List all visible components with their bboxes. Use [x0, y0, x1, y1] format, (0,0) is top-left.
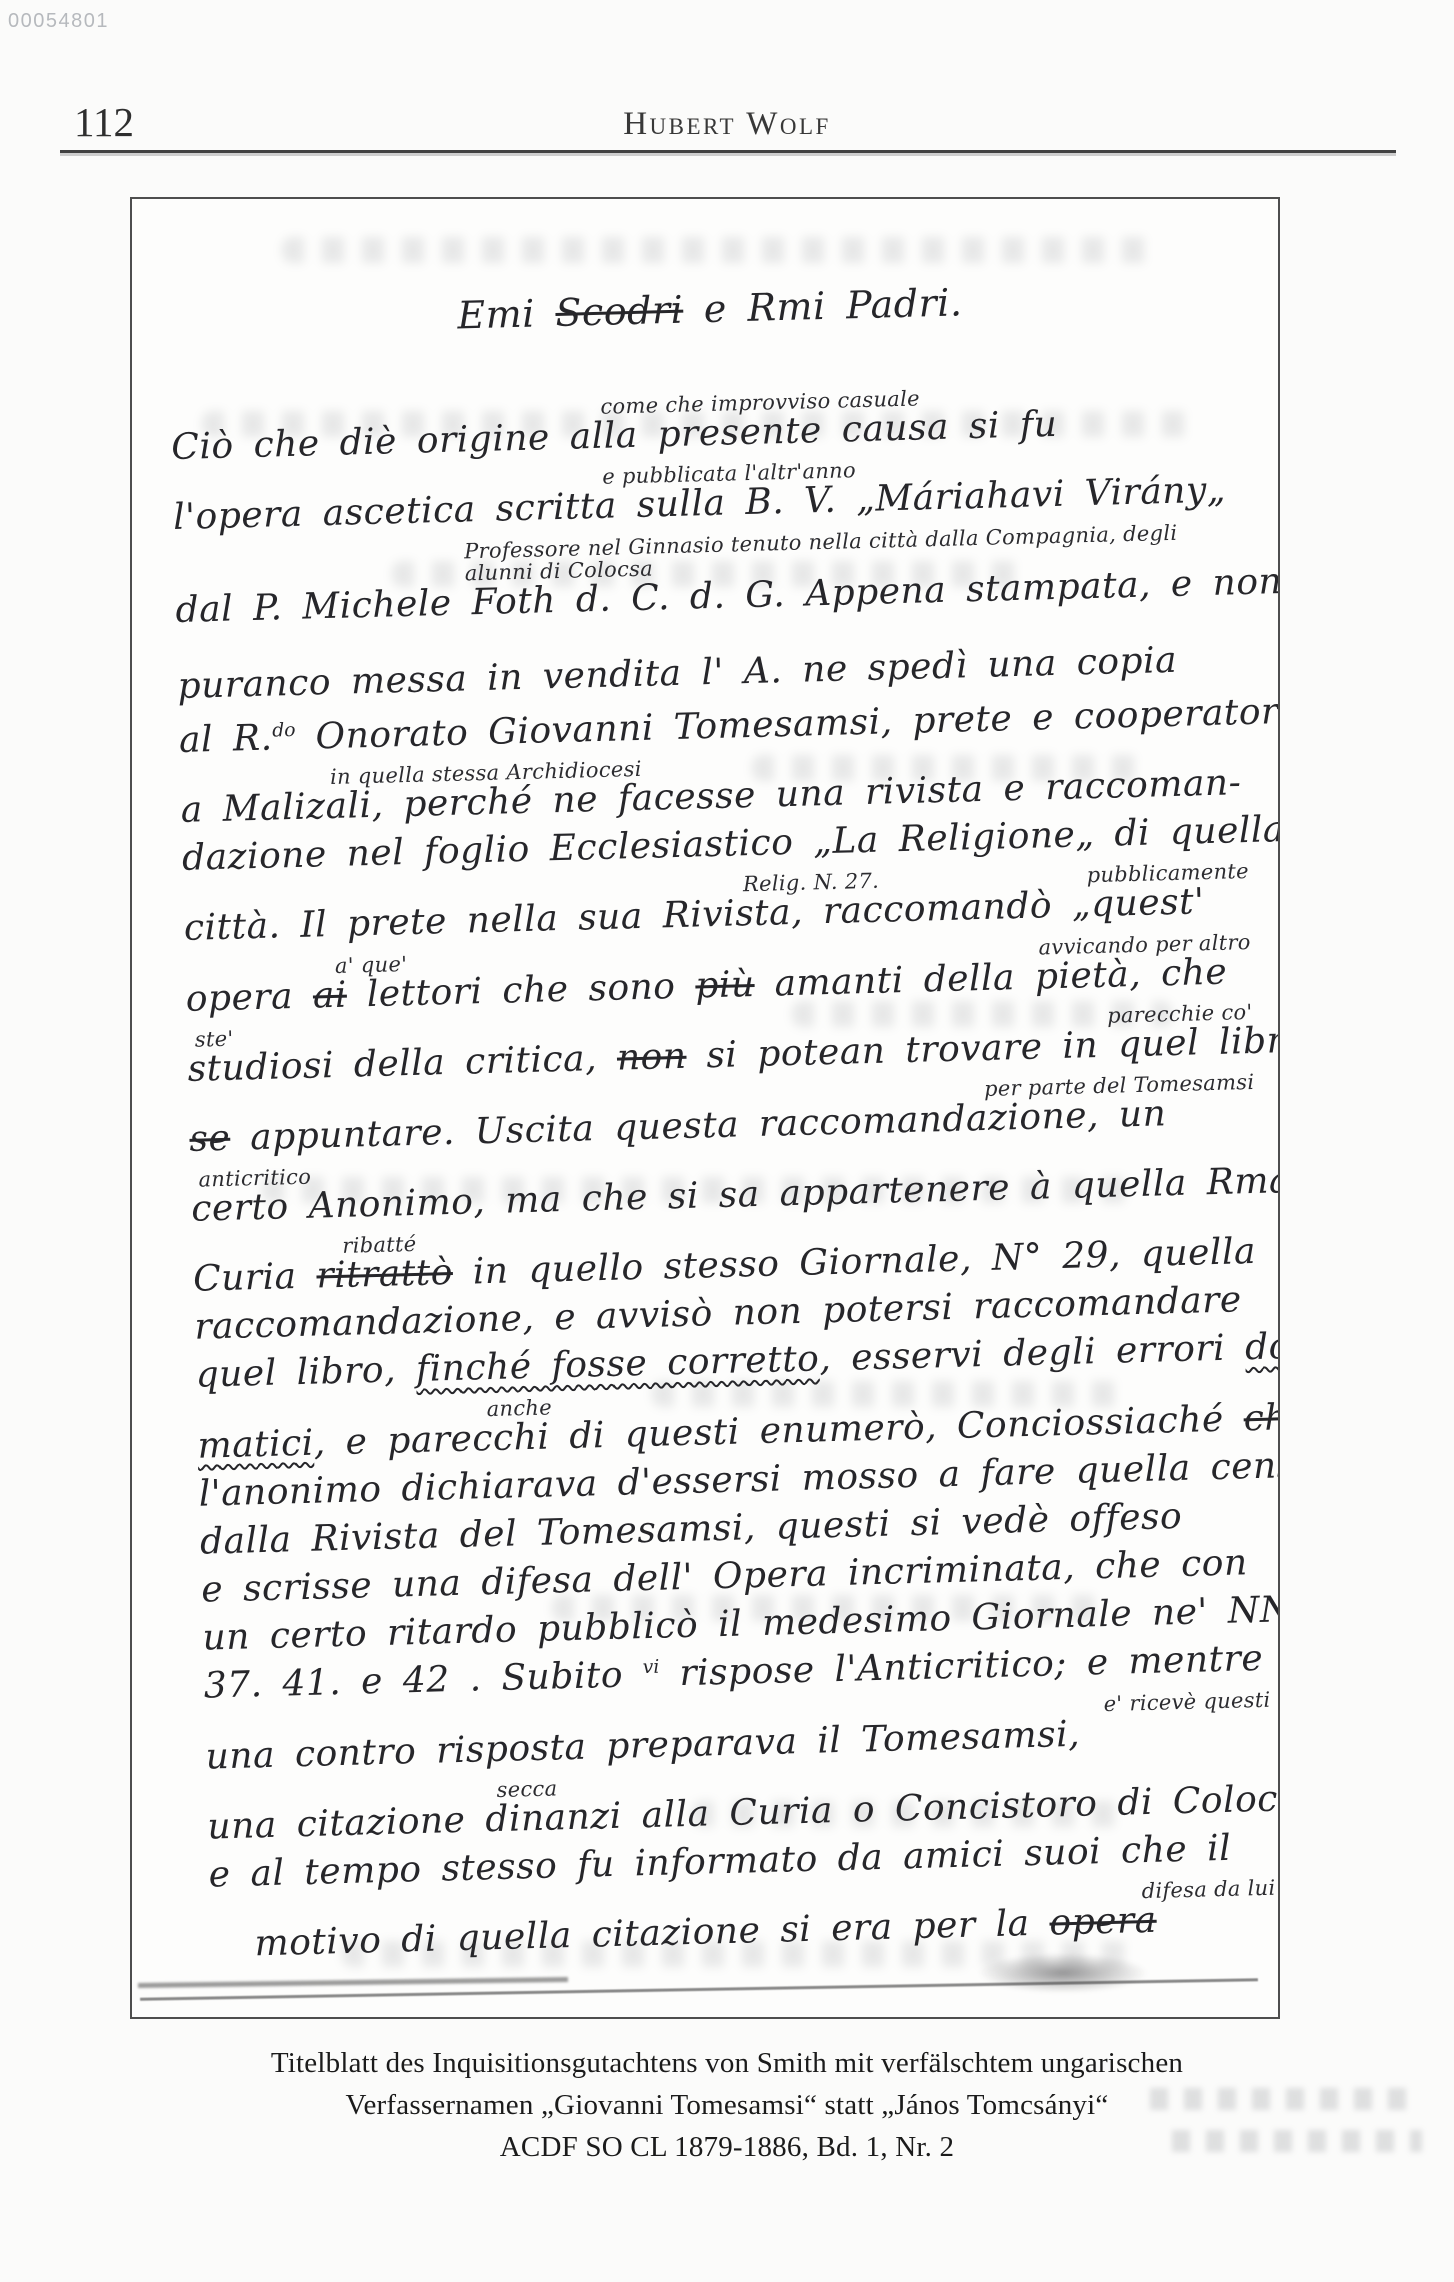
caption-line-2: Verfassernamen „Giovanni Tomesamsi“ stat… [0, 2084, 1454, 2126]
interline-note-left [909, 1886, 910, 1908]
manuscript-facsimile: Emi Scodri e Rmi Padri. come che improvv… [130, 197, 1280, 2019]
caption-line-3: ACDF SO CL 1879-1886, Bd. 1, Nr. 2 [0, 2126, 1454, 2168]
figure-caption: Titelblatt des Inquisitionsgutachtens vo… [0, 2042, 1454, 2168]
interline-note-right: difesa da lui [1141, 1877, 1275, 1902]
interline-note-right [1272, 1758, 1273, 1780]
interline-note-right [1256, 1141, 1257, 1163]
manuscript-line: Emi Scodri e Rmi Padri. [168, 275, 1253, 344]
manuscript-text: Emi Scodri e Rmi Padri. come che improvv… [130, 197, 1280, 1976]
interline-note-left [904, 1698, 905, 1720]
interline-note-right [1262, 1377, 1263, 1399]
manuscript-line-text: Emi Scodri e Rmi Padri. [168, 275, 1253, 344]
running-title: Hubert Wolf [0, 106, 1454, 143]
interline-note-right: e' ricevè questi [1103, 1688, 1270, 1714]
interline-note-right [1236, 379, 1237, 401]
interline-note-right [1245, 742, 1246, 764]
page-edge-scan-artifact [138, 1977, 568, 1988]
caption-line-1: Titelblatt des Inquisitionsgutachtens vo… [0, 2042, 1454, 2084]
interline-note-right [1238, 450, 1239, 472]
interline-note-right [1258, 1211, 1259, 1233]
manuscript-line: Professore nel Ginnasio tenuto nella cit… [174, 519, 1260, 630]
interline-note-left [888, 1080, 889, 1102]
scan-id-number: 00054801 [8, 10, 109, 33]
scanned-book-page: 00054801 112 Hubert Wolf Emi Scodri e Rm… [0, 0, 1454, 2282]
header-rule [60, 150, 1396, 153]
scan-smudge-artifact [978, 1953, 1148, 1993]
